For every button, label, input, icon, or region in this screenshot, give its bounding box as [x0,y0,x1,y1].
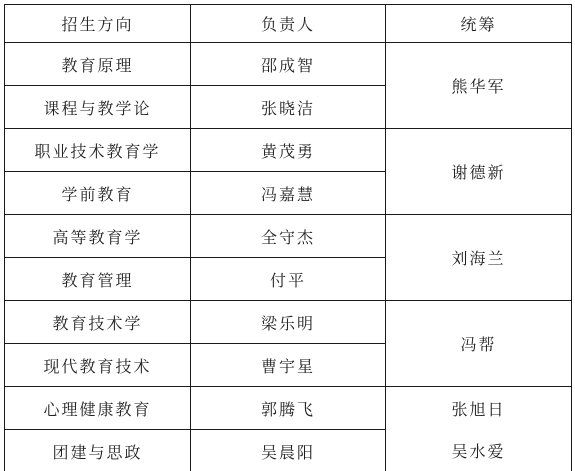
direction-cell: 教育原理 [5,43,191,86]
table-row: 职业技术教育学 黄茂勇 谢德新 [5,129,572,172]
table-row: 教育原理 邵成智 熊华军 [5,43,572,86]
coordinator-line: 吴水爱 [386,430,571,471]
coordinator-cell: 冯帮 [386,301,572,387]
lead-cell: 张晓洁 [191,86,386,129]
table-row: 教育技术学 梁乐明 冯帮 [5,301,572,344]
table-row: 心理健康教育 郭腾飞 张旭日 吴水爱 [5,387,572,430]
coordinator-line: 张旭日 [386,387,571,430]
coordinator-cell: 刘海兰 [386,215,572,301]
lead-cell: 黄茂勇 [191,129,386,172]
header-coordinator: 统筹 [386,5,572,43]
lead-cell: 冯嘉慧 [191,172,386,215]
direction-cell: 高等教育学 [5,215,191,258]
lead-cell: 郭腾飞 [191,387,386,430]
lead-cell: 曹宇星 [191,344,386,387]
lead-cell: 邵成智 [191,43,386,86]
direction-cell: 现代教育技术 [5,344,191,387]
direction-cell: 职业技术教育学 [5,129,191,172]
direction-cell: 团建与思政 [5,430,191,471]
document-page: 招生方向 负责人 统筹 教育原理 邵成智 熊华军 课程与教学论 张晓洁 职业技术… [0,0,575,471]
table-row: 高等教育学 全守杰 刘海兰 [5,215,572,258]
direction-cell: 教育技术学 [5,301,191,344]
header-lead: 负责人 [191,5,386,43]
direction-cell: 心理健康教育 [5,387,191,430]
lead-cell: 付平 [191,258,386,301]
coordinator-cell: 张旭日 吴水爱 [386,387,572,471]
lead-cell: 全守杰 [191,215,386,258]
coordinator-cell: 谢德新 [386,129,572,215]
direction-cell: 学前教育 [5,172,191,215]
lead-cell: 吴晨阳 [191,430,386,471]
coordinator-stack: 张旭日 吴水爱 [386,387,571,471]
direction-cell: 课程与教学论 [5,86,191,129]
header-direction: 招生方向 [5,5,191,43]
coordinator-cell: 熊华军 [386,43,572,129]
enrollment-table: 招生方向 负责人 统筹 教育原理 邵成智 熊华军 课程与教学论 张晓洁 职业技术… [4,4,572,471]
direction-cell: 教育管理 [5,258,191,301]
lead-cell: 梁乐明 [191,301,386,344]
header-row: 招生方向 负责人 统筹 [5,5,572,43]
